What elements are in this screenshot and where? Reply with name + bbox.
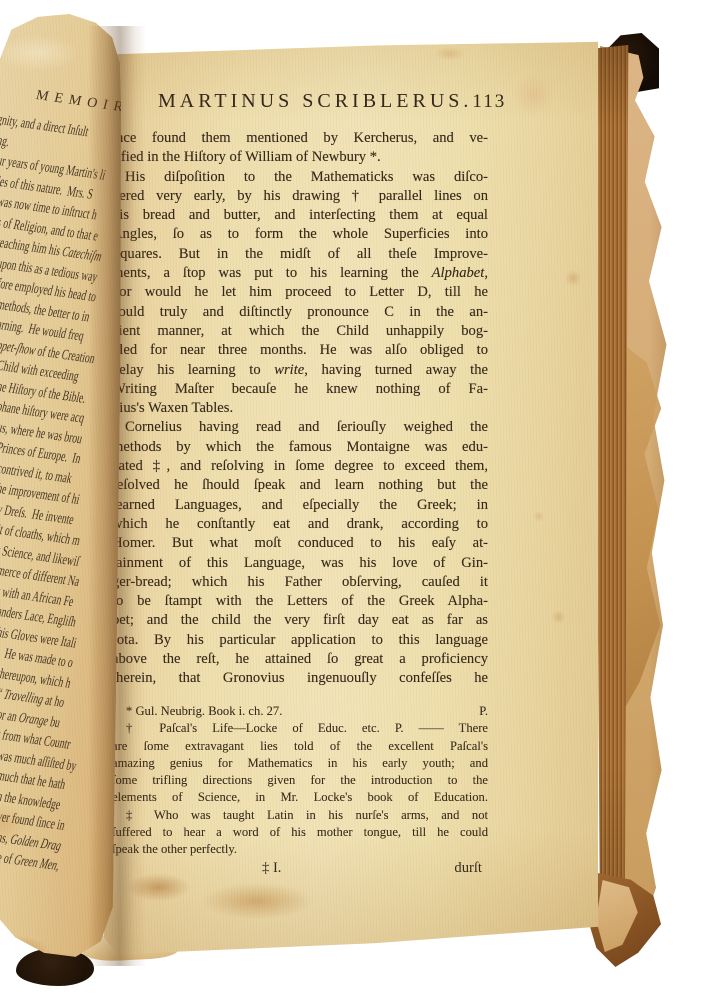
body-text-line: to be ſtampt with the Letters of the Gre… bbox=[112, 592, 488, 611]
body-text-line: His diſpoſition to the Mathematicks was … bbox=[112, 168, 488, 187]
body-text-line: Homer. But what moſt conduced to his eaſ… bbox=[112, 534, 488, 553]
body-text-line: bet; and the child the very firſt day ea… bbox=[112, 611, 488, 630]
left-page-text-fragments: gnity, and a direct Inſultng.ur years of… bbox=[0, 110, 126, 869]
running-title: MARTINUS SCRIBLERUS. bbox=[158, 90, 472, 113]
body-text-line: vered very early, by his drawing † paral… bbox=[112, 187, 488, 206]
footnote-line: † Paſcal's Life—Locke of Educ. etc. P. —… bbox=[112, 720, 488, 737]
body-text-line: methods by which the famous Montaigne wa… bbox=[112, 438, 488, 457]
body-text-line: ince found them mentioned by Kercherus, … bbox=[112, 129, 488, 148]
page-header: MARTINUS SCRIBLERUS. 113 bbox=[112, 90, 490, 113]
book-photo: MARTINUS SCRIBLERUS. 113 ince found them… bbox=[0, 0, 711, 1000]
catchline: ‡ I. durſt bbox=[112, 860, 488, 882]
footnote-line: are ſome extravagant lies told of the ex… bbox=[112, 738, 488, 755]
body-text-line: ger-bread; which his Father obſerving, c… bbox=[112, 573, 488, 592]
body-text-line: ments, a ſtop was put to his learning th… bbox=[112, 264, 488, 283]
footnote-line: * Gul. Neubrig. Book i. ch. 27.P. bbox=[112, 703, 488, 720]
body-text-line: gled for near three months. He was alſo … bbox=[112, 341, 488, 360]
body-text-line: learned Languages, and eſpecially the Gr… bbox=[112, 496, 488, 515]
body-text-line: cient manner, at which the Child unhappi… bbox=[112, 322, 488, 341]
page-number: 113 bbox=[472, 91, 506, 113]
body-text-line: therein, that Gronovius ingenuouſly conf… bbox=[112, 669, 488, 688]
footnote-line: ſuffered to hear a word of his mother to… bbox=[112, 824, 488, 841]
body-text-line: Iota. By his particular application to t… bbox=[112, 631, 488, 650]
footnote-line: elements of Science, in Mr. Locke's book… bbox=[112, 789, 488, 806]
body-text-line: Angles, ſo as to form the whole Superfic… bbox=[112, 225, 488, 244]
body-text-line: above the reſt, he attained ſo great a p… bbox=[112, 650, 488, 669]
body-text-line: rified in the Hiſtory of William of Newb… bbox=[112, 148, 488, 167]
footnote-line: ‡ Who was taught Latin in his nurſe's ar… bbox=[112, 807, 488, 824]
body-text-line: tainment of this Language, was his love … bbox=[112, 554, 488, 573]
body-text-line: Squares. But in the midſt of all theſe I… bbox=[112, 245, 488, 264]
footnotes: * Gul. Neubrig. Book i. ch. 27.P.† Paſca… bbox=[112, 703, 488, 859]
body-text-line: nor would he let him proceed to Letter D… bbox=[112, 283, 488, 302]
signature-mark: ‡ I. bbox=[262, 860, 281, 877]
body-text-line: delay his learning to write, having turn… bbox=[112, 361, 488, 380]
body-text-line: cated ‡, and reſolving in ſome degree to… bbox=[112, 457, 488, 476]
body-text: ince found them mentioned by Kercherus, … bbox=[112, 129, 488, 689]
footnote-line: ſpeak the other perfectly. bbox=[112, 841, 488, 858]
left-page: MEMOIR gnity, and a direct Inſultng.ur y… bbox=[0, 14, 126, 990]
right-page: MARTINUS SCRIBLERUS. 113 ince found them… bbox=[104, 40, 598, 956]
body-text-line: which he conſtantly eat and drank, accor… bbox=[112, 515, 488, 534]
body-text-line: bius's Waxen Tables. bbox=[112, 399, 488, 418]
body-text-line: Cornelius having read and ſeriouſly weig… bbox=[112, 418, 488, 437]
body-text-line: Writing Maſter becauſe he knew nothing o… bbox=[112, 380, 488, 399]
catchword: durſt bbox=[454, 860, 482, 877]
footnote-line: amazing genius for Mathematics in his ea… bbox=[112, 755, 488, 772]
footnote-line: ſome trifling directions given for the i… bbox=[112, 772, 488, 789]
body-text-line: reſolved he ſhould ſpeak and learn nothi… bbox=[112, 476, 488, 495]
body-text-line: could truly and diſtinctly pronounce C i… bbox=[112, 303, 488, 322]
body-text-line: his bread and butter, and interſecting t… bbox=[112, 206, 488, 225]
fore-edge-page-block bbox=[593, 45, 629, 947]
